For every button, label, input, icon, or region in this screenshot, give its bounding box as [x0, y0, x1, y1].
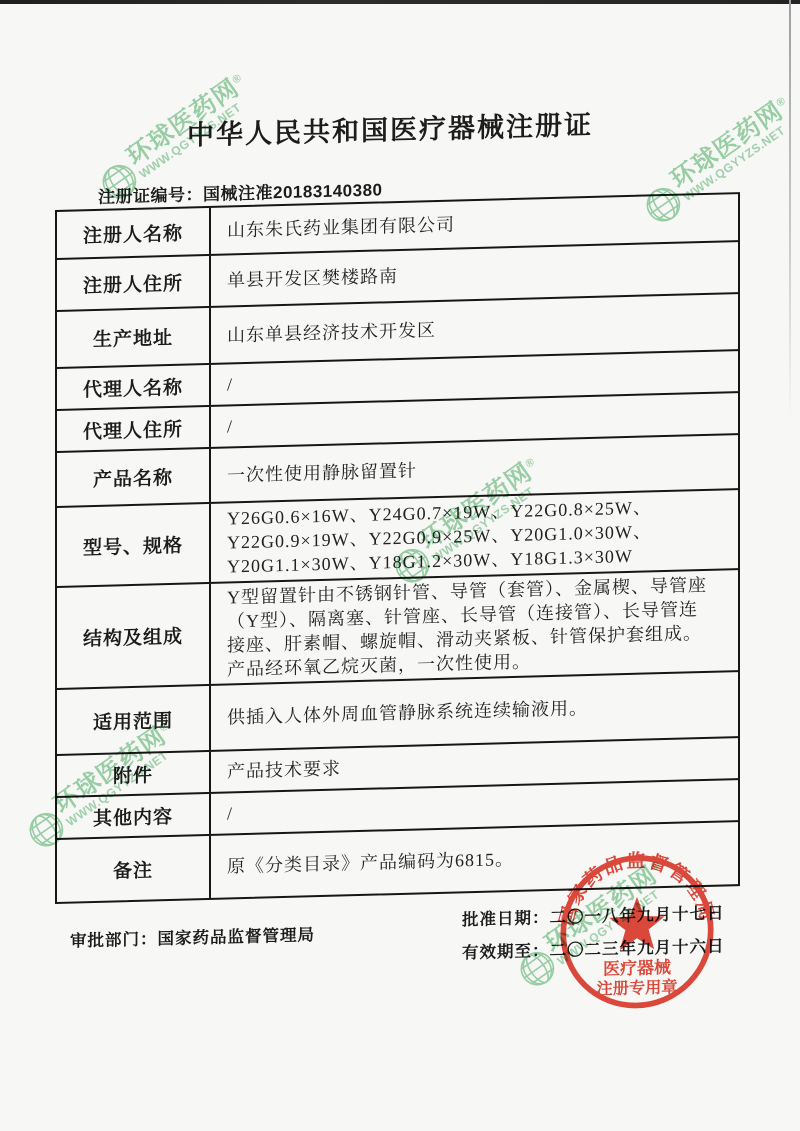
- registration-number-value: 国械注准20183140380: [203, 180, 383, 204]
- page-title: 中华人民共和国医疗器械注册证: [0, 98, 780, 157]
- row-label: 型号、规格: [57, 504, 211, 586]
- row-label: 产品名称: [57, 449, 211, 506]
- row-label: 代理人名称: [57, 365, 211, 409]
- seal-star-icon: [609, 896, 664, 950]
- row-label: 注册人名称: [57, 208, 211, 258]
- row-label: 结构及组成: [57, 584, 211, 688]
- row-label: 适用范围: [57, 686, 211, 754]
- valid-until-label: 有效期至：: [462, 942, 550, 962]
- row-label: 注册人住所: [57, 256, 211, 310]
- certificate-page: 中华人民共和国医疗器械注册证 注册证编号：国械注准20183140380 注册人…: [0, 0, 800, 1131]
- row-label: 备注: [57, 836, 211, 902]
- approval-department: 审批部门：国家药品监督管理局: [70, 921, 315, 951]
- registration-number-label: 注册证编号：: [98, 185, 203, 207]
- row-value: Y26G0.6×16W、Y24G0.7×19W、Y22G0.8×25W、 Y22…: [211, 490, 738, 582]
- approval-date-label: 批准日期：: [462, 909, 550, 929]
- approval-department-label: 审批部门：: [70, 930, 158, 950]
- approval-department-value: 国家药品监督管理局: [158, 926, 316, 948]
- row-value: 供插入人体外周血管静脉系统连续输液用。: [211, 672, 738, 750]
- seal-line2: 注册专用章: [597, 977, 678, 998]
- scan-edge-top: [0, 0, 800, 4]
- row-label: 生产地址: [57, 308, 211, 367]
- row-label: 其他内容: [57, 794, 211, 838]
- scan-edge-right: [789, 0, 791, 420]
- row-label: 代理人住所: [57, 407, 211, 451]
- table-row: 结构及组成 Y型留置针由不锈钢针管、导管（套管）、金属楔、导管座 （Y型）、隔离…: [57, 570, 738, 690]
- official-seal: 国家药品监督管理局 医疗器械 注册专用章: [556, 849, 718, 1015]
- certificate-table: 注册人名称 山东朱氏药业集团有限公司 注册人住所 单县开发区樊楼路南 生产地址 …: [55, 192, 740, 904]
- row-value: Y型留置针由不锈钢针管、导管（套管）、金属楔、导管座 （Y型）、隔离塞、针管座、…: [211, 570, 738, 684]
- row-label: 附件: [57, 752, 211, 796]
- seal-line1: 医疗器械: [603, 957, 672, 979]
